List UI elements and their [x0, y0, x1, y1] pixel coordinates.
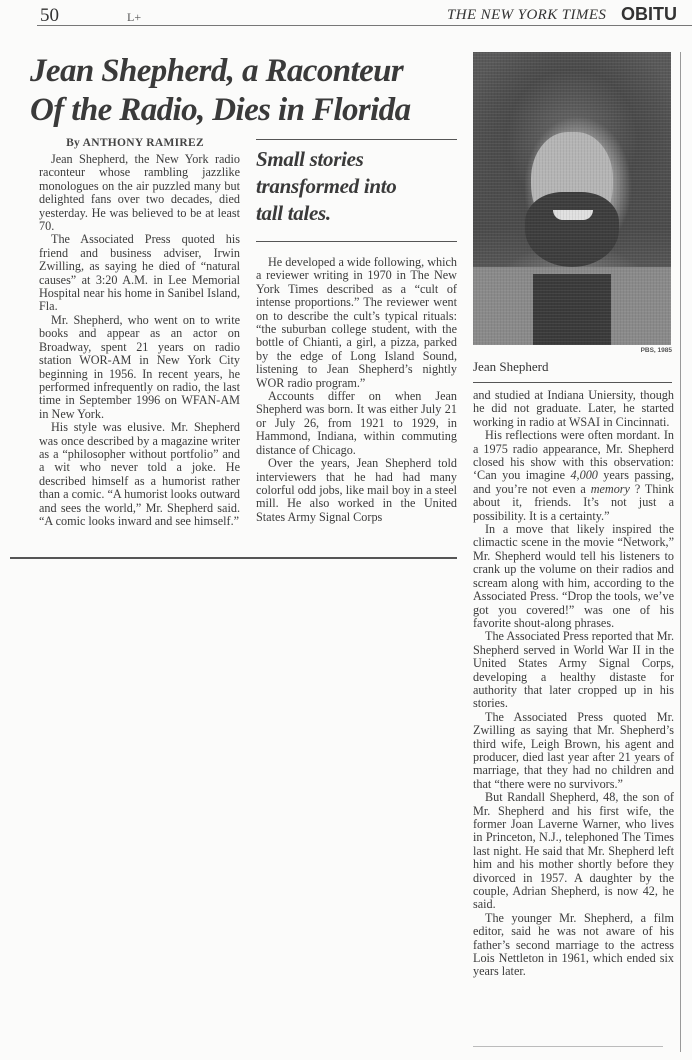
headline-line-1: Jean Shepherd, a Raconteur: [30, 52, 450, 91]
photo-caption: Jean Shepherd: [473, 359, 548, 375]
paragraph: In a move that likely inspired the clima…: [473, 523, 674, 630]
photo-beard-shape: [525, 192, 619, 267]
headline-line-2: Of the Radio, Dies in Florida: [30, 91, 450, 130]
article-bottom-rule: [10, 557, 457, 559]
portrait-photo: [473, 52, 671, 345]
photo-collar-shape: [533, 274, 611, 345]
header-rule: [37, 25, 692, 26]
column-divider-rule: [680, 52, 681, 1052]
paragraph: But Randall Shepherd, 48, the son of Mr.…: [473, 791, 674, 912]
pull-quote-line: Small stories: [256, 146, 461, 173]
paragraph: The younger Mr. Shepherd, a film editor,…: [473, 912, 674, 979]
italic-text: memory: [591, 482, 630, 496]
paragraph: Over the years, Jean Shepherd told inter…: [256, 457, 457, 524]
headline: Jean Shepherd, a Raconteur Of the Radio,…: [30, 52, 450, 130]
article-column-1: Jean Shepherd, the New York ra­dio racon…: [39, 153, 240, 528]
section-name: OBITU: [621, 4, 692, 25]
photo-shirt-shape: [473, 267, 671, 345]
photo-credit: PBS, 1985: [600, 347, 672, 354]
pull-quote: Small stories transformed into tall tale…: [256, 146, 461, 227]
pull-quote-top-rule: [256, 139, 457, 140]
page-number: 50: [40, 5, 59, 27]
article-column-2: He developed a wide following, which a r…: [256, 256, 457, 524]
paragraph: Jean Shepherd, the New York ra­dio racon…: [39, 153, 240, 233]
paragraph: Accounts differ on when Jean Shepherd wa…: [256, 390, 457, 457]
byline: By ANTHONY RAMIREZ: [30, 137, 240, 149]
photo-face-shape: [531, 132, 613, 236]
article-column-3: and studied at Indiana Uniersity, though…: [473, 389, 674, 979]
paragraph: The Associated Press quoted his friend a…: [39, 233, 240, 313]
column-3-bottom-rule: [473, 1046, 663, 1047]
paragraph: The Associated Press quoted Mr. Zwilling…: [473, 711, 674, 791]
paragraph: His style was elusive. Mr. Shep­herd was…: [39, 421, 240, 528]
newspaper-name: THE NEW YORK TIMES: [447, 7, 606, 24]
paragraph-quote: His reflections were often mor­dant. In …: [473, 429, 674, 523]
caption-rule: [473, 382, 672, 383]
pull-quote-bottom-rule: [256, 241, 457, 242]
italic-text: 4,000: [570, 468, 597, 482]
paragraph: Mr. Shepherd, who went on to write books…: [39, 314, 240, 421]
paragraph: He developed a wide following, which a r…: [256, 256, 457, 390]
paragraph: The Associated Press reported that Mr. S…: [473, 630, 674, 710]
photo-smile-shape: [553, 210, 593, 220]
pull-quote-line: tall tales.: [256, 200, 461, 227]
paragraph-continuation: and studied at Indiana Uniersity, though…: [473, 389, 674, 429]
edition-marker: L+: [127, 10, 141, 25]
pull-quote-line: transformed into: [256, 173, 461, 200]
